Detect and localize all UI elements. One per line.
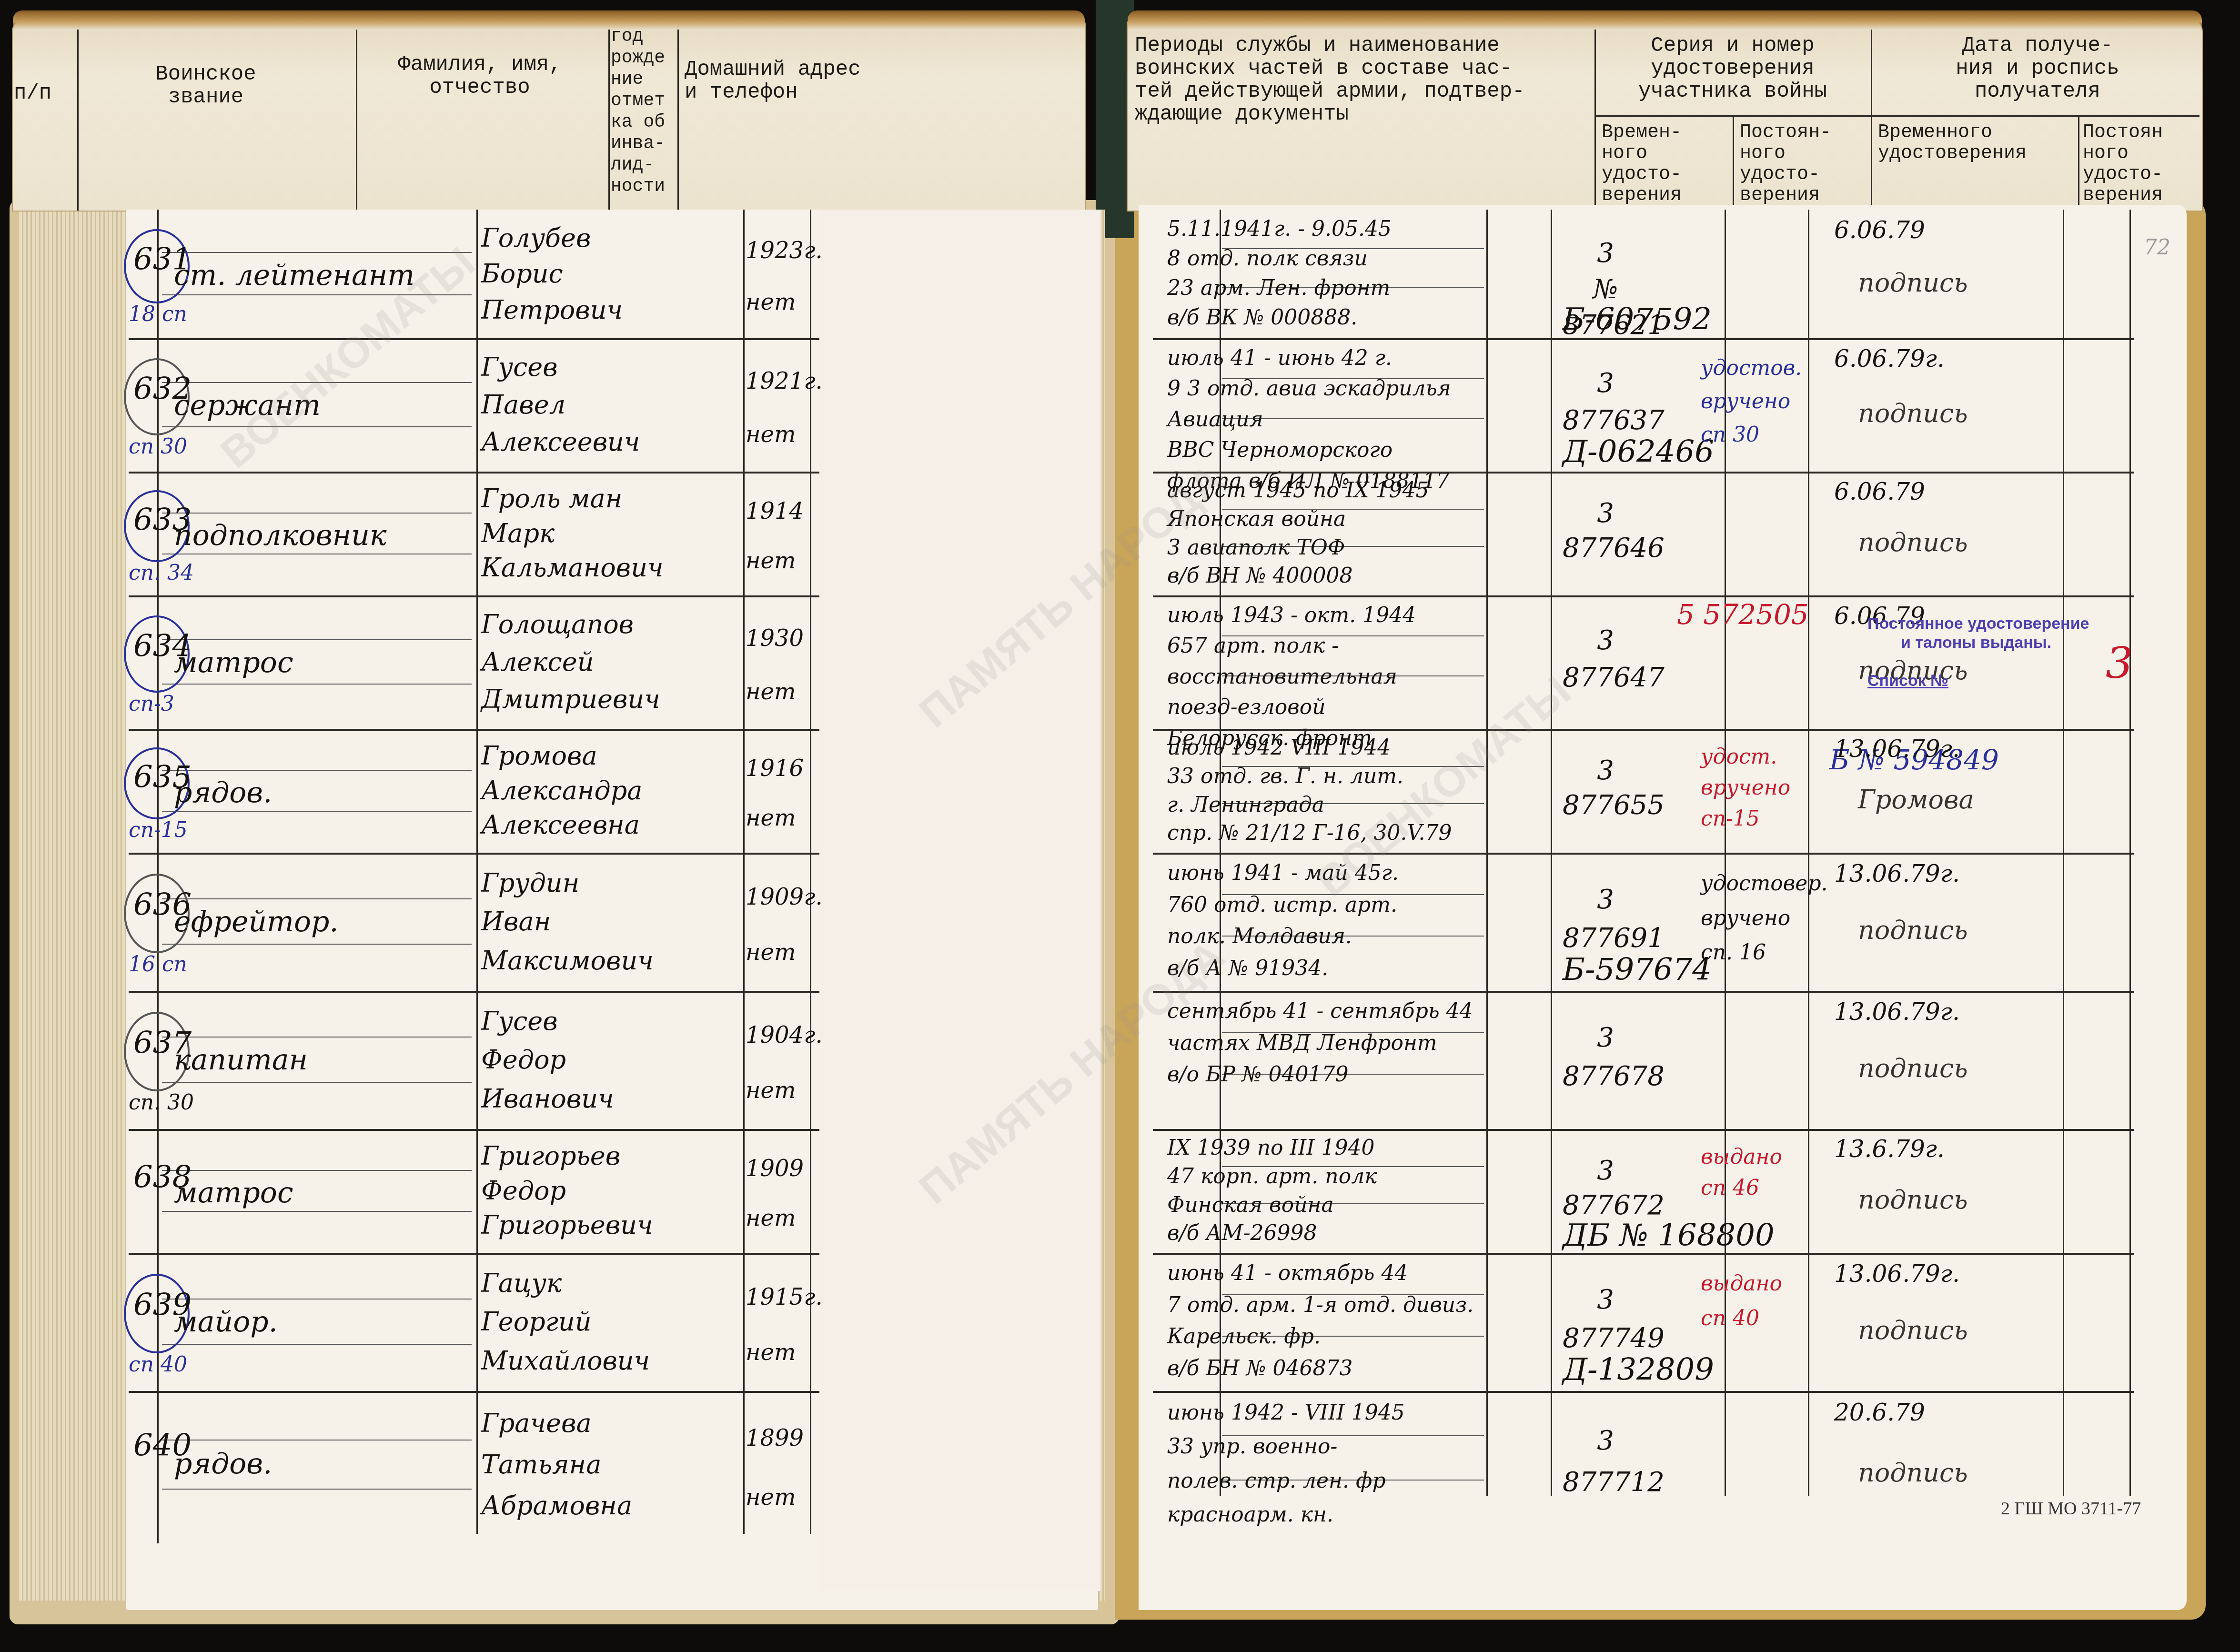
form-code: 2 ГШ МО 3711-77 <box>2001 1498 2141 1519</box>
certificate-series: 3 877637 <box>1563 365 1648 440</box>
table-row: июль 41 - июнь 42 г. 9 3 отд. авиа эскад… <box>1153 338 2134 472</box>
header-col-address: Домашний адрес и телефон <box>685 58 861 104</box>
recipient-signature: подпись <box>1858 527 1968 557</box>
certificate-series: 3 877647 <box>1563 622 1648 697</box>
handover-note: удостов. вручено сп 30 <box>1701 352 1802 452</box>
table-row: июнь 41 - октябрь 44 7 отд. арм. 1-я отд… <box>1153 1253 2134 1391</box>
rank: майор. <box>174 1305 278 1339</box>
birth-year: 1899 нет <box>746 1409 804 1527</box>
header-col-series: Серия и номер удостоверения участника во… <box>1599 34 1866 103</box>
birth-year: 1909г. нет <box>746 869 823 980</box>
header-col-year: год рожде ние отмет ка об инва- лид- нос… <box>611 26 665 197</box>
header-col-date: Дата получе- ния и роспись получателя <box>1880 34 2195 103</box>
full-name: Григорьев Федор Григорьевич <box>481 1139 653 1243</box>
issued-stamp-line1: Постоянное удостоверение <box>1867 614 2089 633</box>
header-col-name: Фамилия, имя, отчество <box>380 53 580 99</box>
certificate-series: 3 877655 <box>1563 754 1648 823</box>
receipt-date: 13.06.79г. <box>1834 860 1960 887</box>
recipient-signature: подпись <box>1858 1053 1968 1083</box>
issued-stamp-list-no: 3 <box>2106 638 2133 688</box>
rank: капитан <box>174 1043 308 1077</box>
issued-stamp-line2: и талоны выданы. <box>1901 634 2051 652</box>
receipt-date: 13.06.79г. <box>1834 735 1960 763</box>
list-note: сп 40 <box>129 1352 187 1377</box>
table-row: 638матросГригорьев Федор Григорьевич1909… <box>129 1129 819 1253</box>
header-left: п/п Воинское звание Фамилия, имя, отчест… <box>12 19 1086 212</box>
receipt-date: 6.06.79г. <box>1834 345 1945 373</box>
header-col-date-temp: Временного удостоверения <box>1878 122 2027 164</box>
permanent-cert-number: 5 572505 <box>1677 598 1809 631</box>
issued-stamp-list: Список № <box>1867 672 1948 690</box>
full-name: Гусев Павел Алексеевич <box>481 349 640 461</box>
birth-year: 1904г. нет <box>746 1007 823 1118</box>
header-col-date-perm: Постоян ного удосто- верения <box>2083 122 2163 206</box>
table-row: IX 1939 по III 1940 47 корп. арт. полк Ф… <box>1153 1129 2134 1253</box>
service-period: июнь 41 - октябрь 44 7 отд. арм. 1-я отд… <box>1167 1258 1491 1385</box>
certificate-series: 3 877678 <box>1563 1018 1648 1096</box>
certificate-series: 3 877646 <box>1563 496 1648 566</box>
list-note: сп-3 <box>129 692 174 716</box>
table-row: июль 1942 VIII 1944 33 отд. гв. Г. н. ли… <box>1153 729 2134 853</box>
certificate-series: 3 877712 <box>1563 1420 1648 1503</box>
list-note: сп. 30 <box>129 1090 194 1115</box>
handover-note: выдано сп 46 <box>1701 1141 1782 1203</box>
full-name: Гроль ман Марк Кальманович <box>481 482 664 585</box>
full-name: Голубев Борис Петрович <box>481 220 623 328</box>
list-note: сп 30 <box>129 434 187 459</box>
full-name: Грачева Татьяна Абрамовна <box>481 1403 632 1527</box>
table-row: 5.11.1941г. - 9.05.45 8 отд. полк связи … <box>1153 210 2134 338</box>
handover-note: удост. вручено сп-15 <box>1701 741 1790 834</box>
birth-year: 1930 нет <box>746 612 804 718</box>
header-col-series-temp: Времен- ного удосто- верения <box>1602 122 1682 206</box>
birth-year: 1914 нет <box>746 486 804 585</box>
table-row: июнь 1942 - VIII 1945 33 упр. военно- по… <box>1153 1391 2134 1539</box>
birth-year: 1915г. нет <box>746 1269 823 1380</box>
recipient-signature: подпись <box>1858 1458 1968 1488</box>
certificate-series: 3 877691 <box>1563 880 1648 957</box>
rank: ефрейтор. <box>174 905 339 938</box>
table-row: июнь 1941 - май 45г. 760 отд. истр. арт.… <box>1153 853 2134 991</box>
receipt-date: 13.06.79г. <box>1834 1260 1960 1288</box>
full-name: Гусев Федор Иванович <box>481 1002 614 1118</box>
blank-redacted-area <box>819 210 1100 1591</box>
birth-year: 1921г. нет <box>746 354 823 461</box>
service-period: 5.11.1941г. - 9.05.45 8 отд. полк связи … <box>1167 214 1491 332</box>
birth-year: 1909 нет <box>746 1144 804 1243</box>
header-right: Периоды службы и наименование воинских ч… <box>1127 19 2203 212</box>
permanent-cert-number: ДБ № 168800 <box>1563 1218 1775 1253</box>
receipt-date: 20.6.79 <box>1834 1399 1925 1426</box>
header-col-series-perm: Постоян- ного удосто- верения <box>1740 122 1831 206</box>
permanent-cert-number: Д-132809 <box>1563 1352 1714 1388</box>
rank: ст. лейтенант <box>174 259 414 292</box>
receipt-date: 6.06.79 <box>1834 216 1925 244</box>
table-row: 635сп-15рядов.Громова Александра Алексее… <box>129 729 819 853</box>
header-col-service: Периоды службы и наименование воинских ч… <box>1135 34 1525 126</box>
service-period: IX 1939 по III 1940 47 корп. арт. полк Ф… <box>1167 1134 1491 1248</box>
table-row: 639сп 40майор.Гацук Георгий Михайлович19… <box>129 1253 819 1391</box>
certificate-series: 3 877672 <box>1563 1154 1648 1223</box>
full-name: Гацук Георгий Михайлович <box>481 1264 650 1380</box>
table-row: 634сп-3матросГолощапов Алексей Дмитриеви… <box>129 595 819 729</box>
full-name: Грудин Иван Максимович <box>481 864 654 980</box>
rank: рядов. <box>174 1447 272 1481</box>
recipient-signature: подпись <box>1858 1315 1968 1345</box>
birth-year: 1923г. нет <box>746 225 823 328</box>
table-row: 640рядов.Грачева Татьяна Абрамовна1899 н… <box>129 1391 819 1539</box>
service-period: сентябрь 41 - сентябрь 44 частях МВД Лен… <box>1167 996 1491 1091</box>
handover-note: выдано сп 40 <box>1701 1267 1782 1336</box>
permanent-cert-number: Б-597674 <box>1563 952 1712 987</box>
list-note: 16 сп <box>129 952 187 977</box>
list-note: 18 сп <box>129 302 187 326</box>
birth-year: 1916 нет <box>746 744 804 843</box>
receipt-date: 13.06.79г. <box>1834 998 1960 1026</box>
rank: матрос <box>174 646 293 679</box>
list-note: сп-15 <box>129 818 188 842</box>
recipient-signature: подпись <box>1858 398 1968 428</box>
rank: матрос <box>174 1176 293 1209</box>
header-col-num: п/п <box>14 82 51 105</box>
recipient-signature: Громова <box>1858 785 1974 815</box>
list-note: сп. 34 <box>129 561 194 585</box>
table-row: август 1945 по IX 1945 Японская война 3 … <box>1153 472 2134 595</box>
table-row: 633сп. 34подполковникГроль ман Марк Каль… <box>129 472 819 595</box>
service-period: июнь 1942 - VIII 1945 33 упр. военно- по… <box>1167 1396 1491 1531</box>
permanent-cert-number: Б-607592 <box>1563 302 1712 337</box>
receipt-date: 13.6.79г. <box>1834 1135 1945 1163</box>
page-note: 72 <box>2144 235 2170 260</box>
full-name: Громова Александра Алексеевна <box>481 739 642 843</box>
full-name: Голощапов Алексей Дмитриевич <box>481 606 660 718</box>
rank: подполковник <box>174 519 387 552</box>
handover-note: удостовер. вручено сп. 16 <box>1701 866 1828 970</box>
header-col-rank: Воинское звание <box>120 63 292 109</box>
recipient-signature: подпись <box>1858 1185 1968 1215</box>
table-row: 637сп. 30капитанГусев Федор Иванович1904… <box>129 991 819 1129</box>
recipient-signature: подпись <box>1858 915 1968 945</box>
table-row: сентябрь 41 - сентябрь 44 частях МВД Лен… <box>1153 991 2134 1129</box>
permanent-cert-number: Д-062466 <box>1563 434 1714 470</box>
receipt-date: 6.06.79 <box>1834 478 1925 505</box>
rank: рядов. <box>174 776 272 809</box>
table-row: 63616 спефрейтор.Грудин Иван Максимович1… <box>129 853 819 991</box>
certificate-series: 3 877749 <box>1563 1280 1648 1358</box>
recipient-signature: подпись <box>1858 268 1968 298</box>
